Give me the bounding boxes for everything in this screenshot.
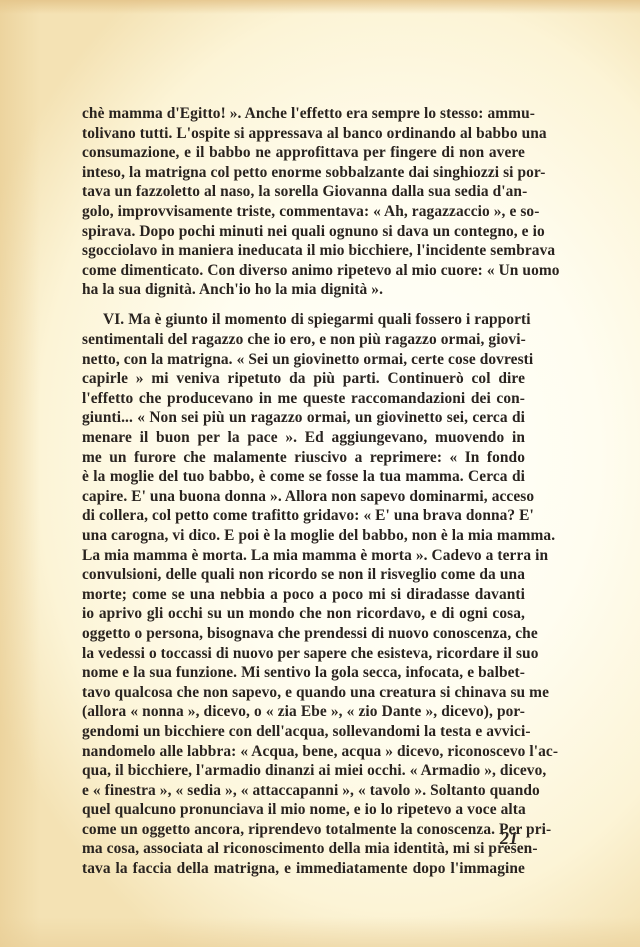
paragraph-1: chè mamma d'Egitto! ». Anche l'effetto e… (82, 104, 525, 300)
text-line: una carogna, vi dico. E poi è la moglie … (82, 526, 525, 546)
text-line: (allora « nonna », dicevo, o « zia Ebe »… (82, 702, 525, 722)
page-edge-top (0, 0, 640, 14)
text-line: quel qualcuno pronunciava il mio nome, e… (82, 800, 525, 820)
text-line: chè mamma d'Egitto! ». Anche l'effetto e… (82, 104, 525, 124)
text-line: nandomelo alle labbra: « Acqua, bene, ac… (82, 742, 525, 762)
text-line: come un oggetto ancora, riprendevo total… (82, 820, 525, 840)
text-line: sentimentali del ragazzo che io ero, e n… (82, 330, 525, 350)
text-line: consumazione, e il babbo ne approfittava… (82, 143, 525, 163)
text-line: morte; come se una nebbia a poco a poco … (82, 585, 525, 605)
text-line: spirava. Dopo pochi minuti nei quali ogn… (82, 222, 525, 242)
text-line: ma cosa, associata al riconoscimento del… (82, 839, 525, 859)
text-line: sgocciolavo in maniera ineducata il mio … (82, 241, 525, 261)
text-line: capirle » mi veniva ripetuto da più part… (82, 369, 525, 389)
text-line: me un furore che malamente riuscivo a re… (82, 448, 525, 468)
text-line: e « finestra », « sedia », « attaccapann… (82, 781, 525, 801)
text-line: nome e la sua funzione. Mi sentivo la go… (82, 663, 525, 683)
paragraph-gap (82, 300, 525, 311)
text-line: ha la sua dignità. Anch'io ho la mia dig… (82, 280, 525, 300)
text-line: è la moglie del tuo babbo, è come se fos… (82, 467, 525, 487)
page-number: 21 (500, 828, 518, 849)
page-edge-bottom (0, 917, 640, 947)
text-line: tolivano tutti. L'ospite si appressava a… (82, 124, 525, 144)
text-line: La mia mamma è morta. La mia mamma è mor… (82, 546, 525, 566)
text-line: tava un fazzoletto al naso, la sorella G… (82, 182, 525, 202)
text-line: convulsioni, delle quali non ricordo se … (82, 565, 525, 585)
text-line: oggetto o persona, bisognava che prendes… (82, 624, 525, 644)
text-line: tava la faccia della matrigna, e immedia… (82, 859, 525, 879)
paragraph-2: VI. Ma è giunto il momento di spiegarmi … (82, 310, 525, 878)
text-line: giunti... « Non sei più un ragazzo ormai… (82, 408, 525, 428)
text-line: VI. Ma è giunto il momento di spiegarmi … (82, 310, 525, 330)
text-line: la vedessi o toccassi di nuovo per saper… (82, 644, 525, 664)
text-line: di collera, col petto come trafitto grid… (82, 506, 525, 526)
text-line: menare il buon per la pace ». Ed aggiung… (82, 428, 525, 448)
text-line: come dimenticato. Con diverso animo ripe… (82, 261, 525, 281)
text-line: l'effetto che producevano in me queste r… (82, 389, 525, 409)
text-line: golo, improvvisamente triste, commentava… (82, 202, 525, 222)
text-line: inteso, la matrigna col petto enorme sob… (82, 163, 525, 183)
text-line: gendomi un bicchiere con dell'acqua, sol… (82, 722, 525, 742)
text-line: qua, il bicchiere, l'armadio dinanzi ai … (82, 761, 525, 781)
text-line: netto, con la matrigna. « Sei un giovine… (82, 350, 525, 370)
book-page-text: chè mamma d'Egitto! ». Anche l'effetto e… (82, 104, 525, 879)
page-edge-left (0, 0, 40, 947)
text-line: capire. E' una buona donna ». Allora non… (82, 487, 525, 507)
text-line: io aprivo gli occhi su un mondo che non … (82, 604, 525, 624)
text-line: tavo qualcosa che non sapevo, e quando u… (82, 683, 525, 703)
